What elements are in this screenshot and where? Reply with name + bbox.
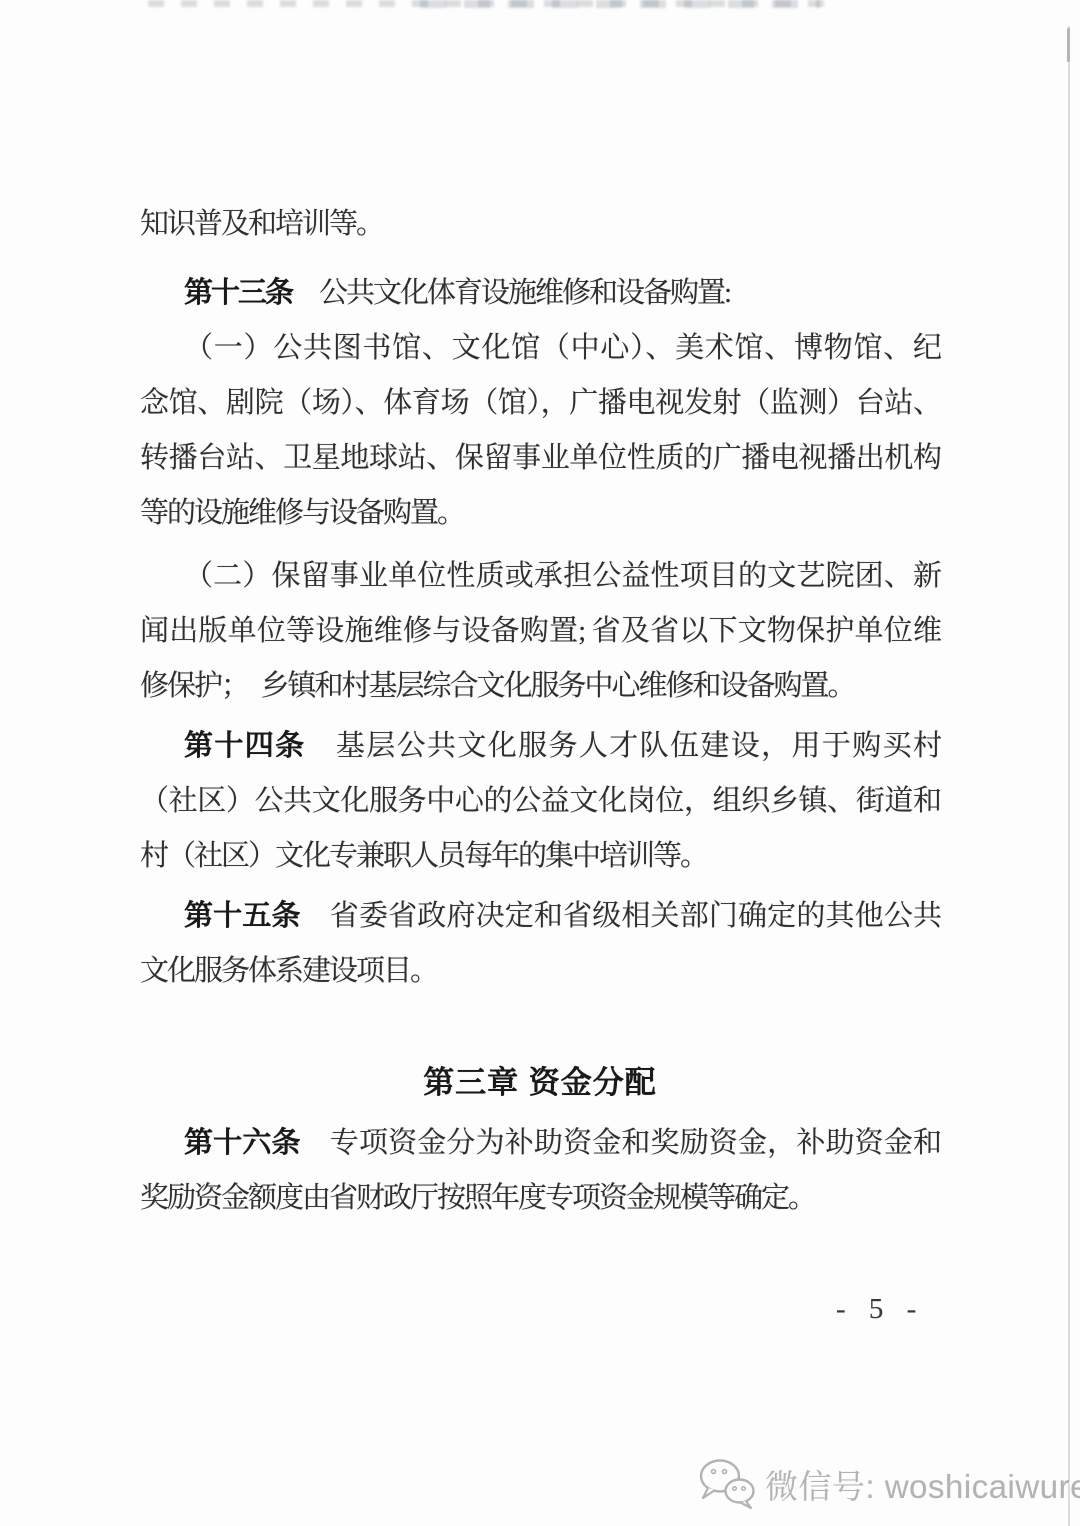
line-text: 公共文化体育设施维修和设备购置: <box>292 277 730 309</box>
cut-off-text-remnant <box>420 0 820 8</box>
text-line: 知识普及和培训等。 <box>140 197 940 252</box>
page-edge-mark <box>1067 28 1070 62</box>
scanned-document-page: 知识普及和培训等。 第十三条 公共文化体育设施维修和设备购置: （一）公共图书馆… <box>0 0 1080 1526</box>
text-line: 闻出版单位等设施维修与设备购置; 省及省以下文物保护单位维 <box>140 604 940 659</box>
text-line: 念馆、剧院（场）、体育场（馆），广播电视发射（监测）台站、 <box>140 376 940 431</box>
text-line: 修保护； 乡镇和村基层综合文化服务中心维修和设备购置。 <box>140 659 940 714</box>
text-line: 村（社区）文化专兼职人员每年的集中培训等。 <box>140 829 940 884</box>
text-line: 文化服务体系建设项目。 <box>140 944 940 999</box>
article-number-label: 第十五条 <box>184 900 301 932</box>
text-line: 第十六条 专项资金分为补助资金和奖励资金，补助资金和 <box>140 1116 940 1171</box>
text-line: 转播台站、卫星地球站、保留事业单位性质的广播电视播出机构 <box>140 431 940 486</box>
chapter-heading: 第三章 资金分配 <box>140 1055 940 1110</box>
page-number: - 5 - <box>836 1293 918 1326</box>
wechat-id-label: 微信号: woshicaiwuren <box>765 1461 1080 1508</box>
text-line: （一）公共图书馆、文化馆（中心）、美术馆、博物馆、纪 <box>140 321 940 376</box>
wechat-icon <box>698 1458 756 1510</box>
line-text: 专项资金分为补助资金和奖励资金，补助资金和 <box>301 1127 940 1159</box>
line-text: 省委省政府决定和省级相关部门确定的其他公共 <box>301 900 940 932</box>
text-line: 第十五条 省委省政府决定和省级相关部门确定的其他公共 <box>140 889 940 944</box>
text-line: （二）保留事业单位性质或承担公益性项目的文艺院团、新 <box>140 549 940 604</box>
wechat-watermark: 微信号: woshicaiwuren <box>698 1458 1080 1510</box>
text-line: 第十四条 基层公共文化服务人才队伍建设，用于购买村 <box>140 719 940 774</box>
text-line: （社区）公共文化服务中心的公益文化岗位，组织乡镇、街道和 <box>140 774 940 829</box>
article-number-label: 第十四条 <box>184 730 306 762</box>
text-line: 奖励资金额度由省财政厅按照年度专项资金规模等确定。 <box>140 1171 940 1226</box>
page-edge-line <box>1068 26 1070 1526</box>
article-number-label: 第十六条 <box>184 1127 301 1159</box>
document-body: 知识普及和培训等。 第十三条 公共文化体育设施维修和设备购置: （一）公共图书馆… <box>140 197 940 1226</box>
text-line: 等的设施维修与设备购置。 <box>140 486 940 541</box>
text-line: 第十三条 公共文化体育设施维修和设备购置: <box>140 266 940 321</box>
article-number-label: 第十三条 <box>184 277 292 309</box>
line-text: 基层公共文化服务人才队伍建设，用于购买村 <box>306 730 940 762</box>
